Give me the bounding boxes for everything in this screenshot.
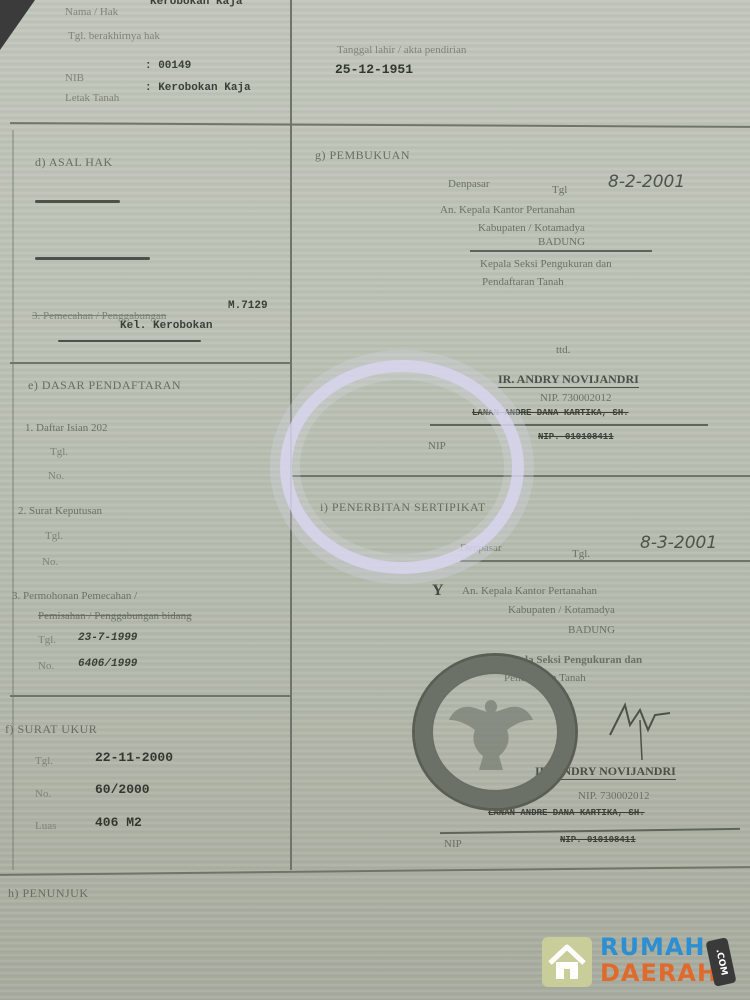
watermark-logo: RUMAH DAERAH .COM	[542, 935, 737, 991]
surat-ukur-luas-value: 406 M2	[95, 815, 142, 830]
permohonan-no-label: No.	[38, 660, 54, 672]
letak-tanah-value: : Kerobokan Kaja	[145, 82, 251, 94]
tanggal-lahir-label: Tanggal lahir / akta pendirian	[337, 44, 466, 56]
permohonan-label: 3. Permohonan Pemecahan /	[12, 590, 137, 602]
left-border	[12, 130, 14, 870]
pembukuan-nip-value: NIP. 730002012	[540, 392, 612, 404]
row-divider-left-2	[10, 362, 290, 364]
daftar-isian-tgl-label: Tgl.	[50, 446, 68, 458]
nama-label: Nama / Hak	[65, 6, 118, 18]
date-line	[460, 560, 750, 562]
pembukuan-tgl-label: Tgl	[552, 184, 567, 196]
pembukuan-line5: Pendaftaran Tanah	[482, 276, 564, 288]
row-divider-bottom	[0, 866, 750, 875]
penunjuk-heading: h) PENUNJUK	[8, 886, 89, 901]
underline	[58, 340, 201, 342]
letak-tanah-label: Letak Tanah	[65, 92, 119, 104]
faded-stamp	[280, 360, 524, 574]
penerbitan-line1: An. Kepala Kantor Pertanahan	[462, 585, 597, 597]
asal-hak-heading: d) ASAL HAK	[35, 155, 113, 170]
redaction-line	[35, 257, 150, 260]
surat-ukur-heading: f) SURAT UKUR	[5, 722, 97, 737]
pembukuan-line1: An. Kepala Kantor Pertanahan	[440, 204, 575, 216]
row-divider-1	[10, 122, 750, 127]
pembukuan-tgl-value: 8-2-2001	[608, 172, 685, 192]
dasar-pendaftaran-heading: e) DASAR PENDAFTARAN	[28, 378, 181, 393]
redaction-line	[35, 200, 120, 203]
penerbitan-nip-value: NIP. 730002012	[578, 790, 650, 802]
surat-keputusan-tgl-label: Tgl.	[45, 530, 63, 542]
garuda-emblem-icon	[445, 690, 537, 780]
nib-value: : 00149	[145, 60, 191, 72]
surat-keputusan-no-label: No.	[42, 556, 58, 568]
surat-ukur-no-value: 60/2000	[95, 782, 150, 797]
row-divider-left-3	[10, 695, 290, 697]
surat-ukur-no-label: No.	[35, 788, 51, 800]
penerbitan-nip-label: NIP	[444, 838, 462, 850]
tanggal-lahir-value: 25-12-1951	[335, 62, 413, 77]
document-page: Nama / Hak Kerobokan Kaja Tgl. berakhirn…	[0, 0, 750, 1000]
permohonan-no-value: 6406/1999	[78, 658, 137, 670]
penerbitan-crossed-name: LANAN ANDRE DANA KARTIKA, SH.	[488, 808, 645, 818]
penerbitan-tgl-label: Tgl.	[572, 548, 590, 560]
penerbitan-mark: Y	[432, 582, 444, 600]
penerbitan-line3: BADUNG	[568, 624, 615, 636]
signature-scribble	[600, 695, 680, 765]
penerbitan-tgl-value: 8-3-2001	[640, 533, 717, 553]
logo-line1: RUMAH	[600, 933, 706, 961]
pembukuan-line3: BADUNG	[538, 236, 585, 248]
pembukuan-ttd: ttd.	[556, 344, 570, 356]
pembukuan-line2: Kabupaten / Kotamadya	[478, 222, 585, 234]
pembukuan-signatory: IR. ANDRY NOVIJANDRI	[498, 372, 639, 388]
permohonan-label-2: Pemisahan / Penggabungan bidang	[38, 610, 192, 622]
permohonan-tgl-value: 23-7-1999	[78, 632, 137, 644]
tgl-berakhir-label: Tgl. berakhirnya hak	[68, 30, 160, 42]
signature-line	[470, 250, 652, 252]
logo-line2: DAERAH	[600, 959, 718, 987]
permohonan-tgl-label: Tgl.	[38, 634, 56, 646]
pembukuan-line4: Kepala Seksi Pengukuran dan	[480, 258, 612, 270]
surat-ukur-luas-label: Luas	[35, 820, 56, 832]
pembukuan-place: Denpasar	[448, 178, 490, 190]
house-icon	[542, 937, 592, 987]
surat-ukur-tgl-value: 22-11-2000	[95, 750, 173, 765]
surat-keputusan-label: 2. Surat Keputusan	[18, 505, 102, 517]
daftar-isian-no-label: No.	[48, 470, 64, 482]
penerbitan-line2: Kabupaten / Kotamadya	[508, 604, 615, 616]
daftar-isian-label: 1. Daftar Isian 202	[25, 422, 107, 434]
asal-hak-item3-sub: Kel. Kerobokan	[120, 320, 212, 332]
signature-line	[440, 828, 740, 834]
nib-label: NIB	[65, 72, 84, 84]
nama-value: Kerobokan Kaja	[150, 0, 242, 8]
pembukuan-heading: g) PEMBUKUAN	[315, 148, 410, 163]
surat-ukur-tgl-label: Tgl.	[35, 755, 53, 767]
pembukuan-crossed-nip: NIP. 010108411	[538, 432, 614, 442]
penerbitan-crossed-nip: NIP. 010108411	[560, 835, 636, 845]
asal-hak-item3-value: M.7129	[228, 300, 268, 312]
corner-shadow	[0, 0, 35, 50]
